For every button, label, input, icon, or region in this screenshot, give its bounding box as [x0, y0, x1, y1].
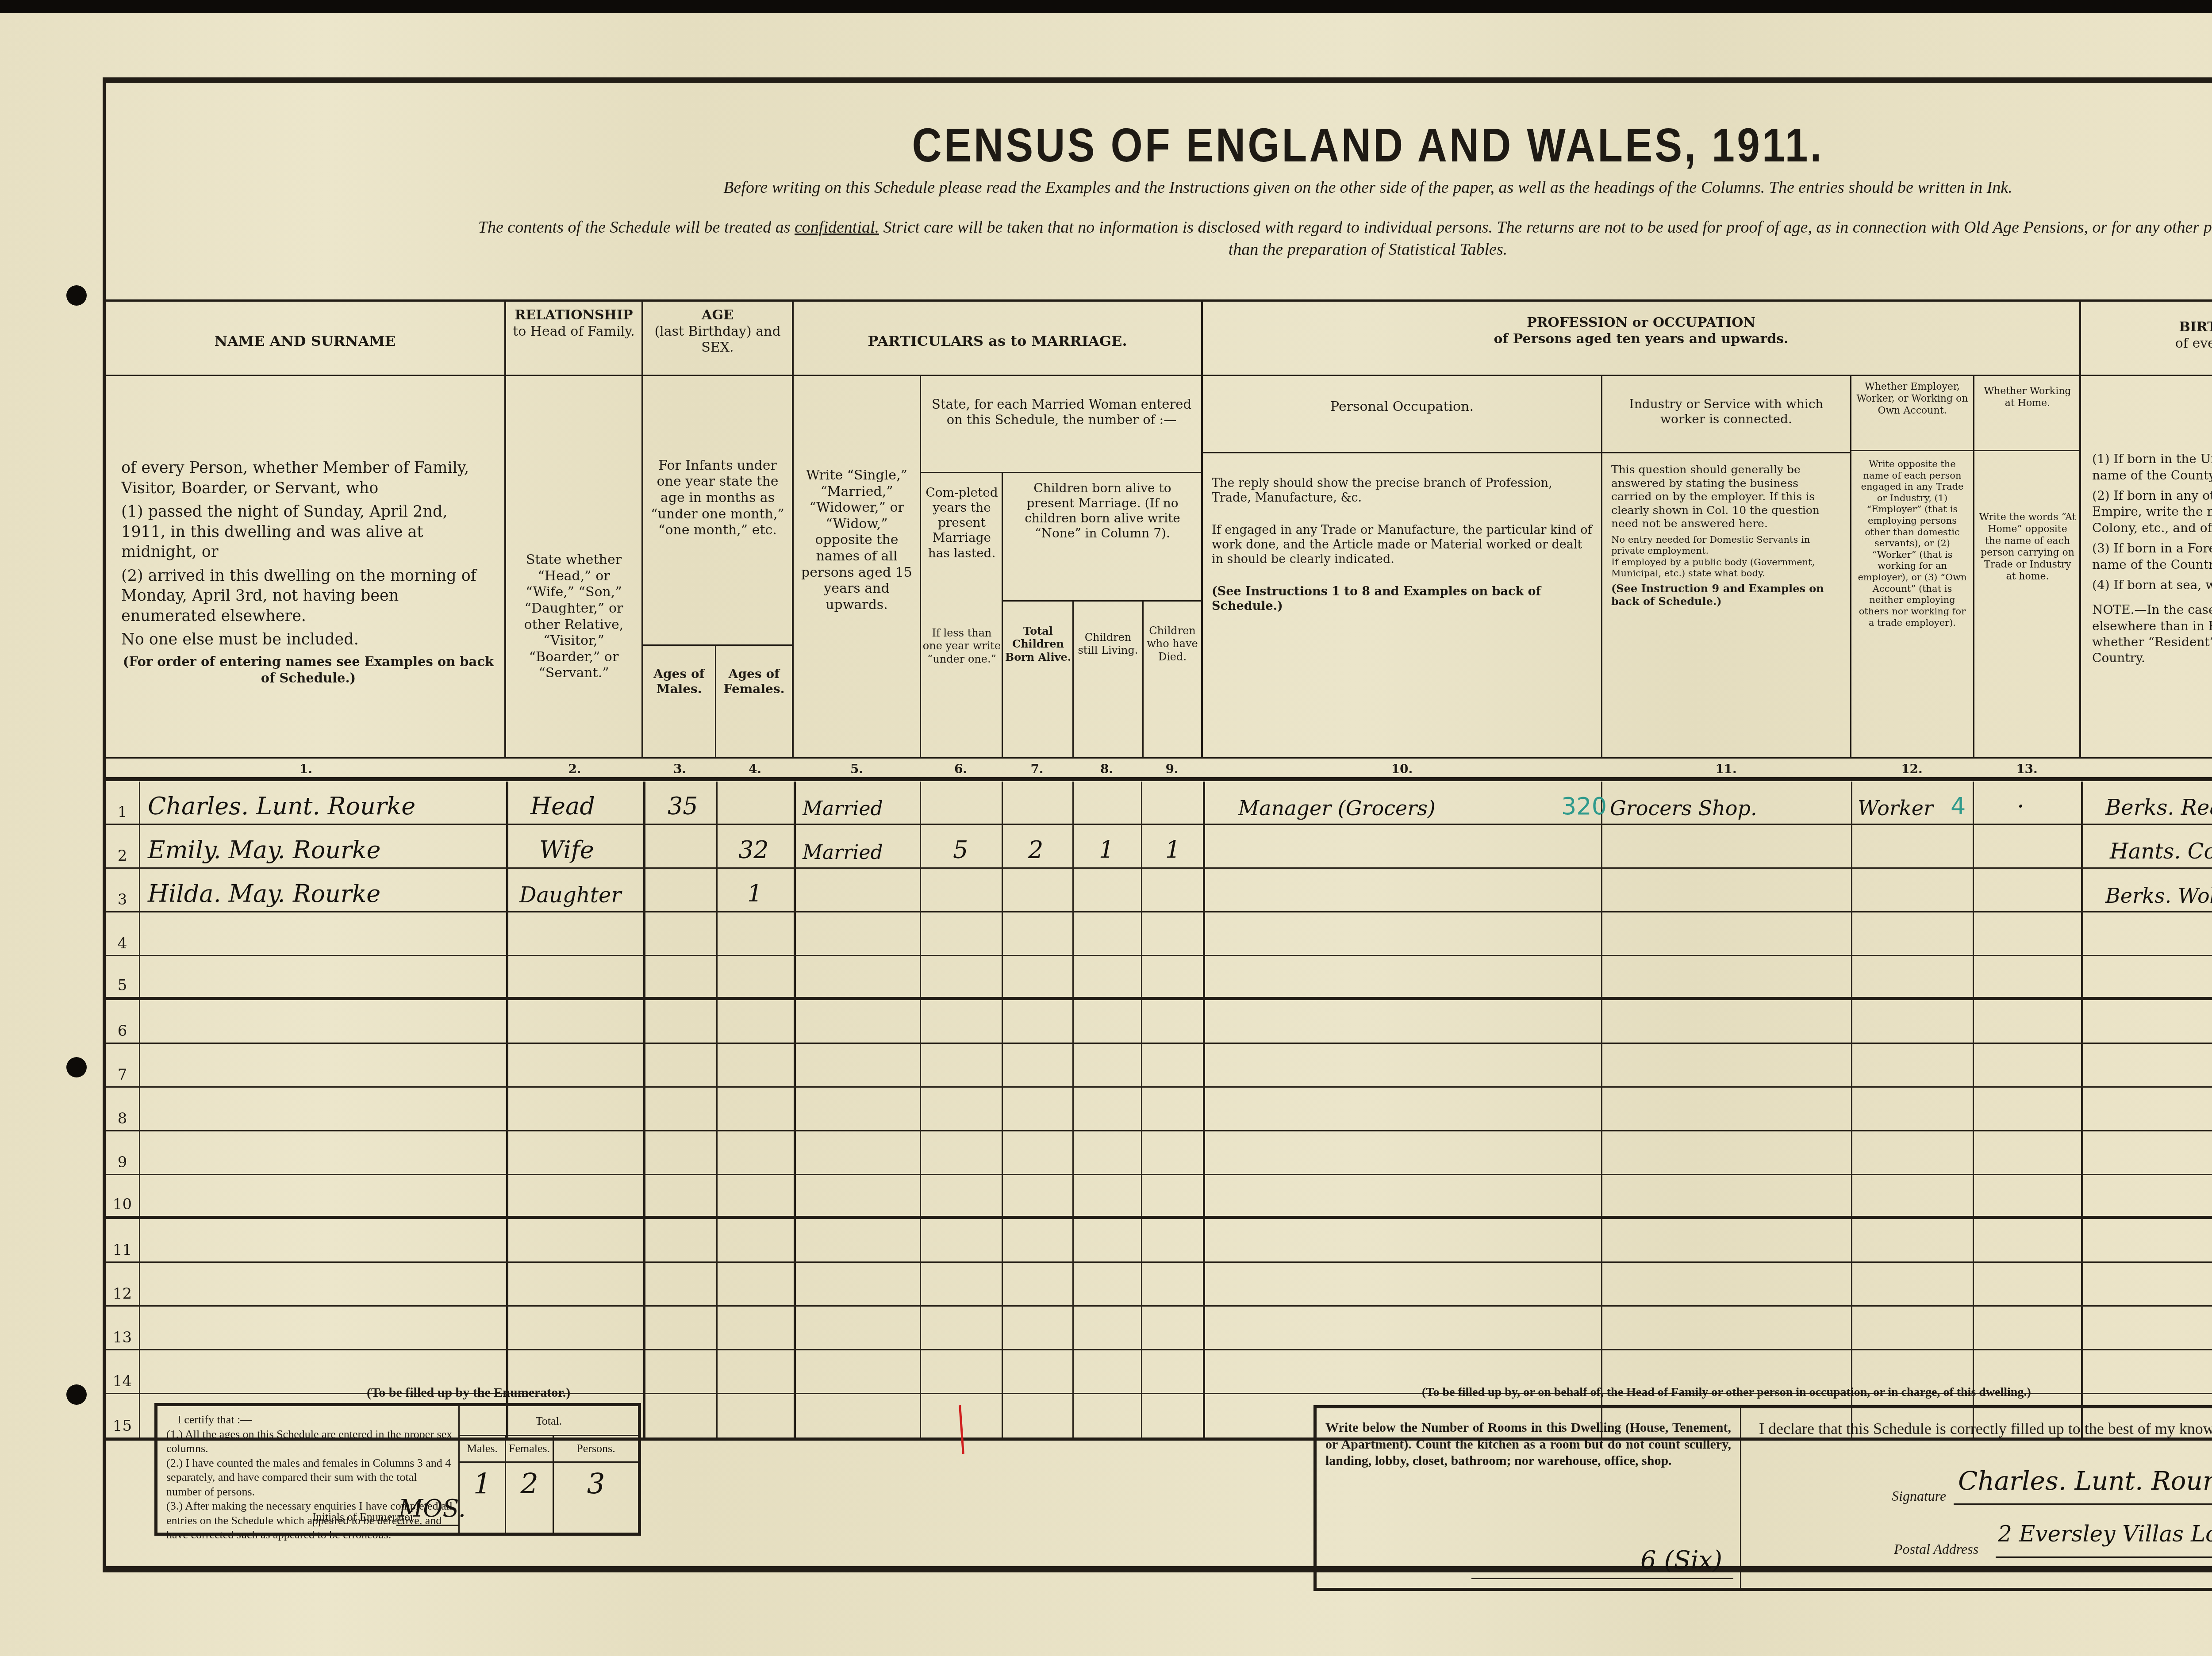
postal-address-line1[interactable]: 2 Eversley Villas London Rd [1998, 1521, 2212, 1547]
table-row[interactable]: 13 [106, 1307, 2212, 1350]
table-row[interactable]: 4 [106, 912, 2212, 956]
table-row[interactable]: 8 [106, 1088, 2212, 1131]
punch-hole [66, 1384, 87, 1405]
header-marriage: PARTICULARS as to MARRIAGE. Write “Singl… [794, 299, 1203, 757]
relationship-cell[interactable]: Wife [539, 836, 594, 864]
rooms-count[interactable]: 6 (Six) [1640, 1546, 1722, 1575]
confidential-notice: The contents of the Schedule will be tre… [106, 218, 2212, 237]
birthplace-cell[interactable]: Berks. Reading [2105, 795, 2212, 820]
birthplace-cell[interactable]: Hants. Cove. [2110, 839, 2212, 864]
header-occupation: PROFESSION or OCCUPATION of Persons aged… [1203, 299, 2081, 757]
relationship-cell[interactable]: Head [530, 792, 595, 820]
years-married-cell[interactable]: 5 [953, 836, 968, 864]
table-row[interactable]: 5 [106, 956, 2212, 1000]
industry-cell[interactable]: Grocers Shop. [1610, 796, 1757, 820]
declaration-text: I declare that this Schedule is correctl… [1759, 1419, 2212, 1438]
occupation-cell[interactable]: Manager (Grocers) [1238, 796, 1436, 820]
form-title: CENSUS OF ENGLAND AND WALES, 1911. [282, 117, 2212, 172]
table-row[interactable]: 10 [106, 1175, 2212, 1219]
at-home-cell[interactable]: · [2017, 792, 2024, 820]
table-row[interactable]: 6 [106, 1000, 2212, 1044]
birthplace-cell[interactable]: Berks. Wokingham [2105, 884, 2212, 908]
name-cell[interactable]: Hilda. May. Rourke [148, 880, 380, 908]
enumerator-caption: (To be filled up by the Enumerator.) [367, 1385, 570, 1400]
occupation-code: 320 [1561, 792, 1607, 820]
household-caption: (To be filled up by, or on behalf of, th… [1422, 1385, 2031, 1399]
header-name: NAME AND SURNAME of every Person, whethe… [106, 299, 506, 757]
confidential-notice-line2: than the preparation of Statistical Tabl… [106, 240, 2212, 259]
enumerator-initials[interactable]: MOS. [399, 1495, 466, 1522]
header-age: AGE (last Birthday) and SEX. For Infants… [643, 299, 794, 757]
employer-code: 4 [1951, 792, 1966, 820]
children-total-cell[interactable]: 2 [1028, 836, 1043, 864]
age-male-cell[interactable]: 35 [668, 792, 698, 820]
header-birthplace: BIRTHPLACE of every person. (1) If born … [2081, 299, 2212, 757]
table-row: 3 Hilda. May. Rourke Daughter 1 Berks. W… [106, 869, 2212, 912]
table-row: 1 Charles. Lunt. Rourke Head 35 Married … [106, 781, 2212, 825]
form-instruction: Before writing on this Schedule please r… [106, 178, 2212, 197]
marriage-cell[interactable]: Married [803, 841, 883, 864]
children-died-cell[interactable]: 1 [1165, 836, 1180, 864]
marriage-cell[interactable]: Married [803, 797, 883, 820]
total-females[interactable]: 2 [506, 1468, 553, 1501]
enumerator-box: I certify that :— (1.) All the ages on t… [154, 1403, 641, 1536]
name-cell[interactable]: Charles. Lunt. Rourke [148, 792, 415, 820]
household-box: Write below the Number of Rooms in this … [1313, 1405, 2212, 1591]
table-row[interactable]: 9 [106, 1131, 2212, 1175]
form-frame: CENSUS OF ENGLAND AND WALES, 1911. Befor… [103, 77, 2212, 1572]
children-living-cell[interactable]: 1 [1099, 836, 1114, 864]
punch-hole [66, 1057, 87, 1077]
census-schedule-page: CENSUS OF ENGLAND AND WALES, 1911. Befor… [0, 13, 2212, 1656]
total-males[interactable]: 1 [460, 1468, 505, 1501]
name-cell[interactable]: Emily. May. Rourke [148, 836, 380, 864]
employer-cell[interactable]: Worker [1858, 796, 1933, 820]
age-female-cell[interactable]: 1 [747, 880, 762, 908]
relationship-cell[interactable]: Daughter [519, 883, 621, 908]
table-row[interactable]: 12 [106, 1263, 2212, 1307]
table-row[interactable]: 11 [106, 1219, 2212, 1263]
rooms-instruction: Write below the Number of Rooms in this … [1317, 1408, 1740, 1469]
header-relationship: RELATIONSHIP to Head of Family. State wh… [506, 299, 643, 757]
table-row: 2 Emily. May. Rourke Wife 32 Married 5 2… [106, 825, 2212, 869]
age-female-cell[interactable]: 32 [738, 836, 769, 864]
total-persons[interactable]: 3 [554, 1468, 638, 1501]
signature[interactable]: Charles. Lunt. Rourke. [1958, 1466, 2212, 1496]
punch-hole [66, 285, 87, 306]
table-row[interactable]: 7 [106, 1044, 2212, 1088]
